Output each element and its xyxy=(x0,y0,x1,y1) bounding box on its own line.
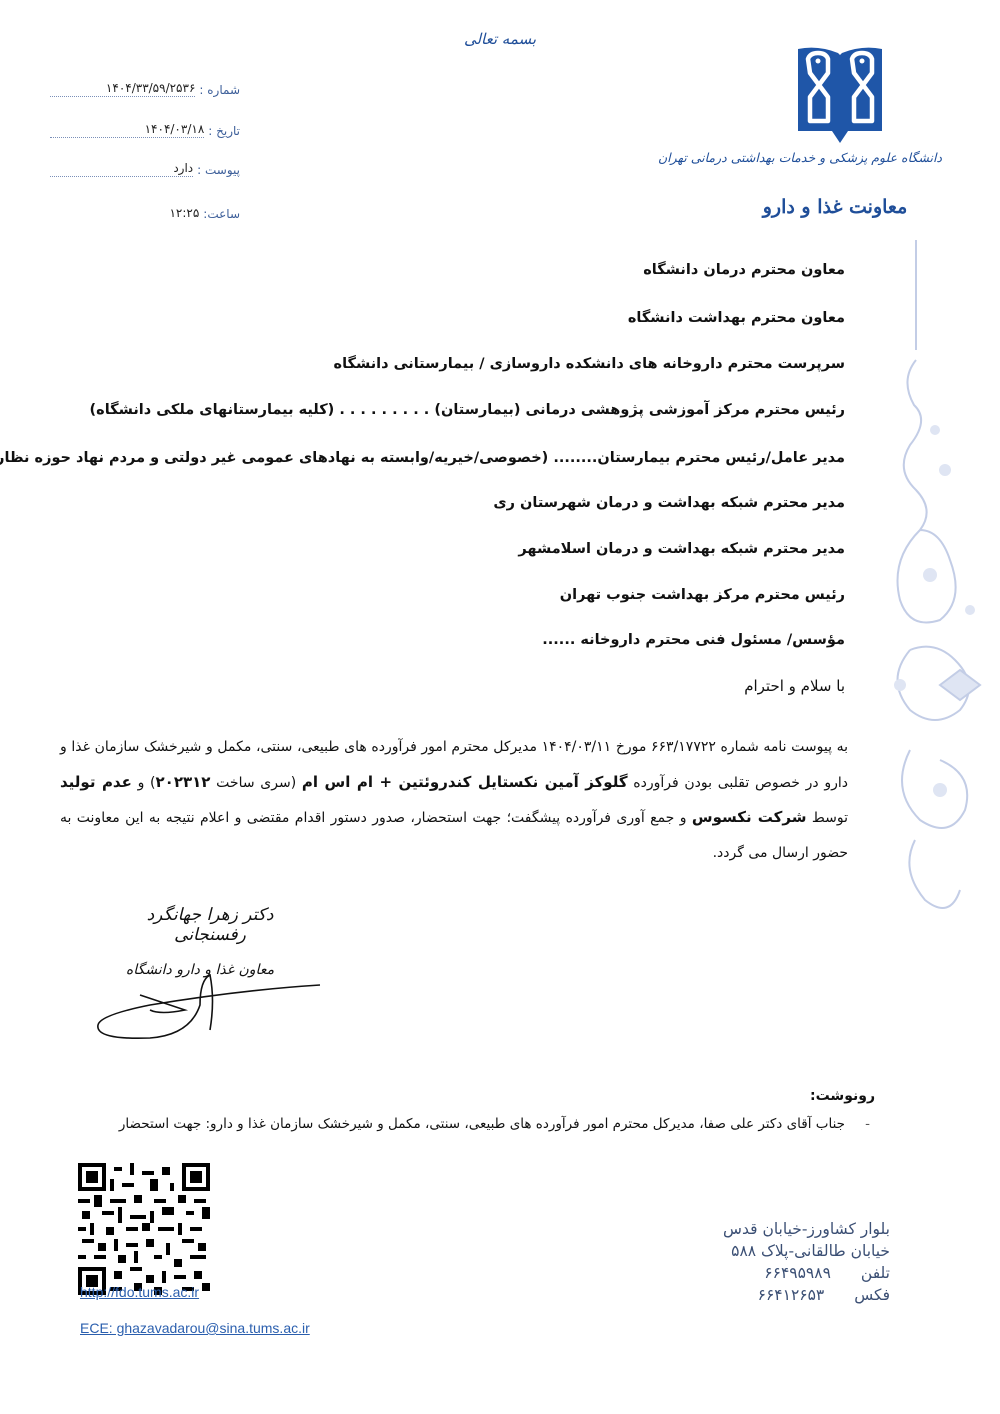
handwritten-signature-icon xyxy=(90,960,330,1045)
body-text: ) و xyxy=(138,775,156,791)
qr-code-icon[interactable] xyxy=(78,1163,210,1295)
recipient-line: رئیس محترم مرکز آموزشی پژوهشی درمانی (بی… xyxy=(45,402,845,418)
recipient-line: رئیس محترم مرکز بهداشت جنوب تهران xyxy=(45,587,845,603)
time-row: ساعت: ۱۲:۲۵ xyxy=(50,199,240,221)
email-link[interactable]: ECE: ghazavadarou@sina.tums.ac.ir xyxy=(80,1320,310,1336)
cc-item: - جناب آقای دکتر علی صفا، مدیرکل محترم ا… xyxy=(20,1116,845,1132)
attachment-value: دارد xyxy=(50,161,193,177)
signatory-name: دکتر زهرا جهانگرد رفسنجانی xyxy=(130,905,290,945)
decorative-ornament-icon xyxy=(880,230,990,930)
bismillah-heading: بسمه تعالی xyxy=(455,30,545,48)
recipient-line: سرپرست محترم داروخانه های دانشکده داروسا… xyxy=(45,356,845,372)
phone-number: ۶۶۴۹۵۹۸۹ xyxy=(764,1262,831,1284)
time-label: ساعت: xyxy=(203,207,240,221)
letter-number-value: ۱۴۰۴/۳۳/۵۹/۲۵۳۶ xyxy=(50,81,195,97)
department-name: معاونت غذا و دارو xyxy=(740,196,930,218)
body-text: (سری ساخت xyxy=(216,775,296,791)
salutation: با سلام و احترام xyxy=(744,677,845,695)
fax-number: ۶۶۴۱۲۶۵۳ xyxy=(758,1284,825,1306)
time-value: ۱۲:۲۵ xyxy=(169,206,199,221)
address-block: بلوار کشاورز-خیابان قدس خیابان طالقانی-پ… xyxy=(660,1218,890,1306)
university-logo-icon xyxy=(796,45,884,145)
address-line: خیابان طالقانی-پلاک ۵۸۸ xyxy=(660,1240,890,1262)
recipient-line: معاون محترم درمان دانشگاه xyxy=(45,262,845,278)
attachment-label: پیوست : xyxy=(197,163,240,177)
recipient-line: مدیر محترم شبکه بهداشت و درمان اسلامشهر xyxy=(45,541,845,557)
product-name: گلوکز آمین نکستایل کندروئتین + ام اس ام xyxy=(302,773,628,791)
company-name: شرکت نکسوس xyxy=(692,808,807,826)
website-link[interactable]: http://fdo.tums.ac.ir xyxy=(80,1284,199,1300)
recipient-line: مدیر عامل/رئیس محترم بیمارستان........ (… xyxy=(45,450,845,466)
letter-body: به پیوست نامه شماره ۶۶۳/۱۷۷۲۲ مورخ ۱۴۰۴/… xyxy=(60,730,848,870)
fax-label: فکس xyxy=(854,1284,890,1306)
batch-number: ۲۰۲۳۱۲ xyxy=(156,773,211,791)
letter-date-row: تاریخ : ۱۴۰۴/۰۳/۱۸ xyxy=(50,116,240,138)
recipient-line: معاون محترم بهداشت دانشگاه xyxy=(45,310,845,326)
phone-row: تلفن ۶۶۴۹۵۹۸۹ xyxy=(660,1262,890,1284)
body-text: توسط xyxy=(812,810,848,826)
not-produced-phrase: عدم تولید xyxy=(60,773,132,791)
attachment-row: پیوست : دارد xyxy=(50,155,240,177)
address-line: بلوار کشاورز-خیابان قدس xyxy=(660,1218,890,1240)
cc-heading: رونوشت: xyxy=(810,1088,875,1104)
letter-number-row: شماره : ۱۴۰۴/۳۳/۵۹/۲۵۳۶ xyxy=(50,75,240,97)
bullet-dash-icon: - xyxy=(865,1116,870,1132)
fax-row: فکس ۶۶۴۱۲۶۵۳ xyxy=(660,1284,890,1306)
university-name: دانشگاه علوم پزشکی و خدمات بهداشتی درمان… xyxy=(730,150,942,165)
letter-number-label: شماره : xyxy=(199,83,240,97)
cc-item-text: جناب آقای دکتر علی صفا، مدیرکل محترم امو… xyxy=(119,1116,845,1132)
letter-date-label: تاریخ : xyxy=(208,124,240,138)
recipient-line: مدیر محترم شبکه بهداشت و درمان شهرستان ر… xyxy=(45,495,845,511)
recipient-line: مؤسس/ مسئول فنی محترم داروخانه ...... xyxy=(45,632,845,648)
phone-label: تلفن xyxy=(861,1262,890,1284)
letter-date-value: ۱۴۰۴/۰۳/۱۸ xyxy=(50,122,204,138)
